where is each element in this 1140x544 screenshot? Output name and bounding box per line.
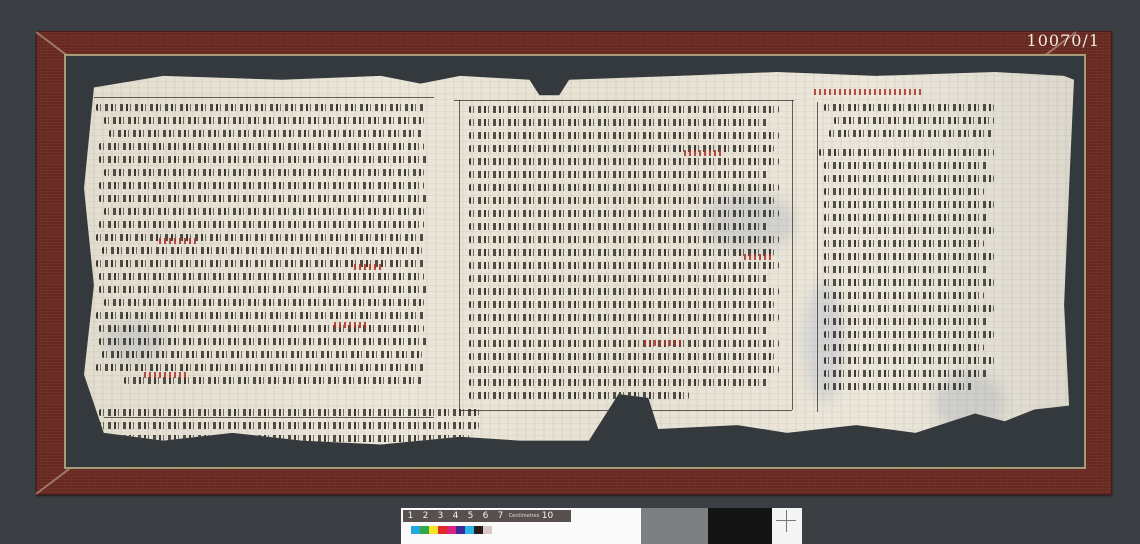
hieratic-line xyxy=(469,353,774,360)
rubric-mark xyxy=(354,264,384,270)
hieratic-line xyxy=(469,106,779,113)
rubric-mark xyxy=(744,254,774,260)
hieratic-line xyxy=(824,214,989,221)
ruler-tick: 4 xyxy=(448,510,463,522)
hieratic-line xyxy=(104,169,424,176)
column-divider xyxy=(792,100,793,410)
hieratic-line xyxy=(824,227,994,234)
swatch-black xyxy=(474,526,483,534)
column-divider xyxy=(817,102,818,412)
hieratic-line xyxy=(469,132,779,139)
color-checker xyxy=(411,526,492,534)
rubric-mark xyxy=(644,340,684,346)
hieratic-line xyxy=(469,327,769,334)
hieratic-line xyxy=(109,130,424,137)
hieratic-line xyxy=(824,305,994,312)
black-reference-card xyxy=(708,508,772,544)
swatch-magenta xyxy=(447,526,456,534)
ruler-tick: 2 xyxy=(418,510,433,522)
centimetre-ruler: 1 2 3 4 5 6 7 Centimetres 10 xyxy=(403,510,571,522)
header-rule xyxy=(94,97,434,98)
hieratic-line xyxy=(469,379,769,386)
hieratic-line xyxy=(824,188,984,195)
hieratic-line xyxy=(824,201,994,208)
footer-rule xyxy=(104,417,434,418)
hieratic-line xyxy=(824,344,984,351)
hieratic-line xyxy=(469,145,774,152)
frame-corner-bottom-left xyxy=(35,468,70,495)
hieratic-line xyxy=(824,279,994,286)
rubric-mark xyxy=(334,322,369,328)
hieratic-line xyxy=(469,184,779,191)
swatch-light-blue xyxy=(465,526,474,534)
hieratic-line xyxy=(824,370,989,377)
hieratic-line xyxy=(469,301,774,308)
hieratic-line xyxy=(99,409,479,416)
hieratic-line xyxy=(99,143,424,150)
white-reference-card xyxy=(772,508,802,544)
rubric-mark xyxy=(684,150,724,156)
hieratic-line xyxy=(99,273,424,280)
hieratic-line xyxy=(824,162,989,169)
hieratic-line xyxy=(469,171,769,178)
hieratic-line xyxy=(99,221,424,228)
swatch-yellow xyxy=(429,526,438,534)
ruler-tick: 7 xyxy=(493,510,508,522)
ruler-tick: 6 xyxy=(478,510,493,522)
hieratic-line xyxy=(824,357,994,364)
hieratic-line xyxy=(469,236,779,243)
crosshair-icon xyxy=(786,510,787,532)
hieratic-line xyxy=(824,292,984,299)
hieratic-line xyxy=(469,249,774,256)
rubric-mark xyxy=(144,372,189,378)
swatch-pink-grey xyxy=(483,526,492,534)
hieratic-line xyxy=(99,338,429,345)
hieratic-line xyxy=(99,182,424,189)
ruler-tick: 1 xyxy=(403,510,418,522)
accession-number: 10070/1 xyxy=(1027,31,1100,50)
hieratic-line xyxy=(99,286,429,293)
hieratic-line xyxy=(469,392,689,399)
hieratic-line xyxy=(469,223,769,230)
hieratic-line xyxy=(829,130,994,137)
header-rule xyxy=(454,100,794,101)
hieratic-line xyxy=(99,195,429,202)
hieratic-line xyxy=(469,275,769,282)
ruler-tick: 3 xyxy=(433,510,448,522)
hieratic-line xyxy=(99,422,479,429)
rubric-heading xyxy=(814,89,924,95)
rubric-mark xyxy=(159,238,199,244)
hieratic-line xyxy=(824,175,994,182)
hieratic-line xyxy=(469,210,779,217)
hieratic-line xyxy=(102,351,422,358)
hieratic-line xyxy=(96,364,426,371)
column-divider xyxy=(459,100,460,410)
hieratic-line xyxy=(824,383,974,390)
swatch-cyan xyxy=(411,526,420,534)
hieratic-line xyxy=(834,117,994,124)
hieratic-line xyxy=(469,158,779,165)
hieratic-line xyxy=(104,299,424,306)
ruler-unit-label: Centimetres xyxy=(508,513,540,519)
hieratic-line xyxy=(469,340,779,347)
scale-ruler-card: 1 2 3 4 5 6 7 Centimetres 10 xyxy=(401,508,641,544)
swatch-blue xyxy=(456,526,465,534)
ruler-tick: 10 xyxy=(540,510,555,522)
hieratic-line xyxy=(824,253,994,260)
hieratic-line xyxy=(102,247,422,254)
hieratic-line xyxy=(469,314,779,321)
swatch-green xyxy=(420,526,429,534)
hieratic-line xyxy=(824,331,994,338)
grey-reference-card xyxy=(641,508,708,544)
swatch-red xyxy=(438,526,447,534)
hieratic-line xyxy=(469,366,779,373)
hieratic-line xyxy=(99,325,424,332)
hieratic-line xyxy=(469,262,779,269)
hieratic-line xyxy=(124,377,424,384)
papyrus-sheet xyxy=(84,72,1074,460)
ruler-tick: 5 xyxy=(463,510,478,522)
hieratic-line xyxy=(469,119,769,126)
hieratic-line xyxy=(96,312,426,319)
hieratic-line xyxy=(819,149,994,156)
hieratic-line xyxy=(824,266,989,273)
hieratic-line xyxy=(96,104,426,111)
hieratic-line xyxy=(96,234,426,241)
hieratic-line xyxy=(99,156,429,163)
hieratic-line xyxy=(469,197,774,204)
hieratic-line xyxy=(824,240,984,247)
hieratic-line xyxy=(104,208,424,215)
hieratic-line xyxy=(104,117,424,124)
hieratic-line xyxy=(824,318,989,325)
hieratic-line xyxy=(824,104,994,111)
frame-corner-top-left xyxy=(35,31,70,58)
hieratic-line xyxy=(469,288,779,295)
